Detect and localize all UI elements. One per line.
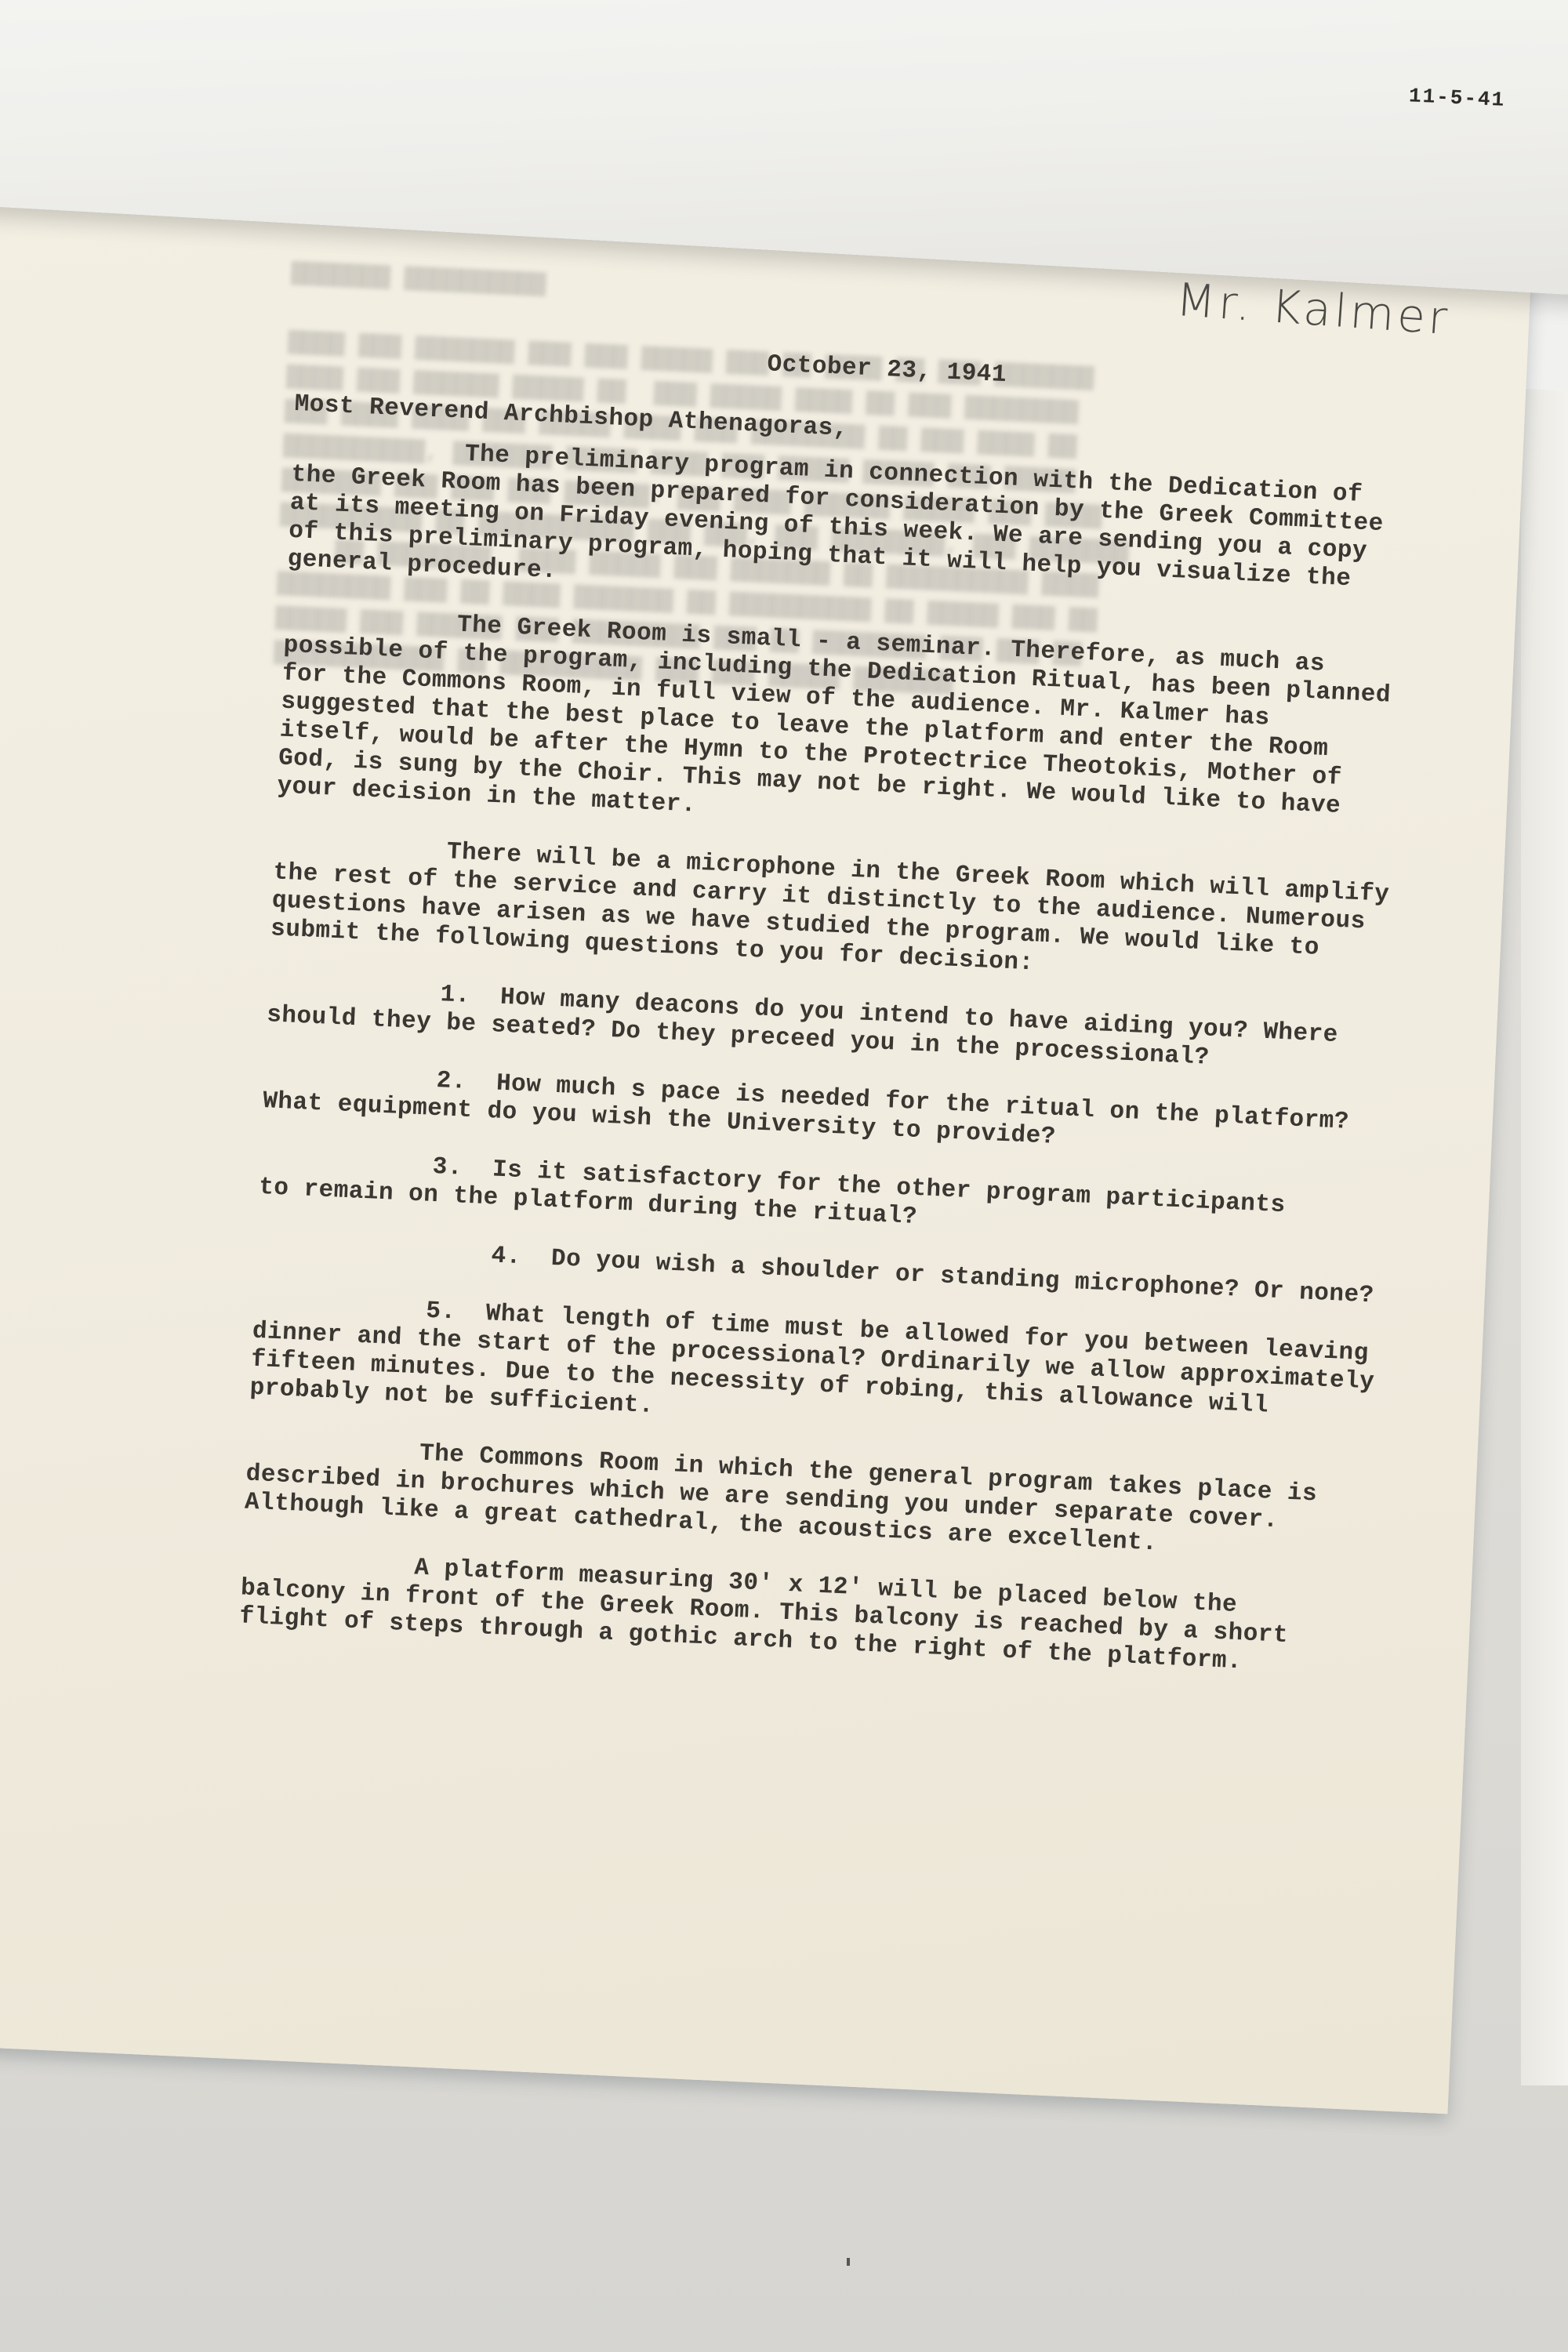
- question-1: 1. How many deacons do you intend to hav…: [266, 973, 1428, 1082]
- paragraph-commons-room: The Commons Room in which the general pr…: [244, 1432, 1406, 1570]
- letter-body: October 23, 1941 Most Reverend Archbisho…: [238, 329, 1457, 1713]
- paragraph-platform: A platform measuring 30' x 12' will be p…: [239, 1546, 1402, 1683]
- question-3: 3. Is it satisfactory for the other prog…: [258, 1145, 1420, 1254]
- question-5: 5. What length of time must be allowed f…: [249, 1290, 1414, 1455]
- question-number: 2.: [436, 1067, 467, 1096]
- question-2: 2. How much s pace is needed for the rit…: [262, 1059, 1424, 1168]
- background-sheet-edge: [1521, 282, 1568, 2085]
- desk-speck: [847, 2258, 850, 2266]
- question-number: 3.: [432, 1153, 463, 1182]
- paragraph-greek-room: The Greek Room is small - a seminar. The…: [277, 604, 1445, 854]
- question-number: 4.: [491, 1242, 522, 1271]
- question-number: 5.: [426, 1298, 457, 1327]
- question-number: 1.: [440, 981, 471, 1010]
- file-date-stamp: 11-5-41: [1408, 84, 1505, 112]
- paragraph-microphone: There will be a microphone in the Greek …: [270, 830, 1434, 996]
